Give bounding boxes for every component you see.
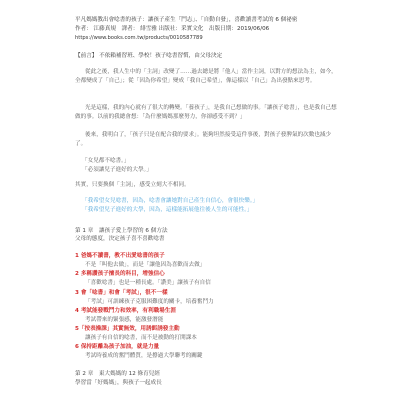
- book-title: 平凡媽媽教出會唸書的孩子：讓孩子產生「鬥志」、「自動自發」，喜歡讀書考試的 6 …: [75, 17, 297, 24]
- chapter-1-item-1-desc: 不是「叫他去做」，而是「讓他因為喜歡而去做」: [85, 262, 205, 269]
- preface-paragraph-4: 其實，只要換個「主詞」，感受立刻大不相同。: [75, 182, 190, 189]
- chapter-2-title: 第 2 章 東大媽媽的 12 條育兒經: [75, 371, 160, 378]
- chapter-1-item-4-desc: 考試帶來的緊張感，能激發潛能: [85, 317, 163, 324]
- chapter-1-item-3-head: 3 會「唸書」和會「考試」，很不一樣: [75, 290, 168, 297]
- chapter-1-item-2-desc: 「喜歡唸書」也是一種長處。「讚美」讓孩子有自信: [85, 280, 211, 287]
- chapter-2-subtitle: 學習當「好媽媽」，與孩子一起成長: [75, 380, 162, 387]
- book-url-link[interactable]: https://www.books.com.tw/products/001058…: [75, 35, 203, 42]
- blue-quote-1: 「我希望女兒唸書，因為，唸書會讓她對自己產生自信心，會很快樂。」: [82, 198, 258, 205]
- chapter-1-subtitle: 父母的態度，決定孩子喜不喜歡唸書: [75, 236, 165, 243]
- quote-1: 「女兒都不唸書。」: [82, 158, 130, 165]
- chapter-1-item-5-desc: 讓孩子有自信的唸書，而不是被動的打開課本: [85, 335, 197, 342]
- preface-paragraph-1: 從此之後，我人生中的「主詞」改變了……過去總是將「他人」當作主詞，以對方的想法為…: [75, 68, 337, 85]
- book-meta: 作者： 江藤真規 譯者： 緋雪雅 出版社：采實文化 出版日期：2019/06/0…: [75, 26, 269, 33]
- preface-paragraph-2: 光是這樣，我的內心就有了很大的轉變。「養孩子」，是我自己想做的事。「讓孩子唸書」…: [75, 104, 337, 121]
- chapter-1-item-2-head: 2 多稱讚孩子擅長的科目，增強信心: [75, 271, 165, 278]
- chapter-1-item-1-head: 1 爸媽不讀書，教不出愛唸書的孩子: [75, 253, 165, 260]
- chapter-1-item-4-head: 4 考試能發戰鬥力和效率，有利職場生涯: [75, 308, 176, 315]
- chapter-1-item-5-head: 5「按表操課」其實無效，用誘餌誘發主動: [75, 326, 180, 333]
- chapter-1-item-3-desc: 「考試」可訓練孩子克服困難度的關卡，培養奮鬥力: [85, 299, 214, 306]
- blue-quote-2: 「我希望兒子進好的大學，因為，這樣能拓展他往後人生的可能性。」: [82, 207, 253, 214]
- chapter-1-item-6-head: 6 保持距離為孩子加油，就是力量: [75, 344, 159, 351]
- document-page: 平凡媽媽教出會唸書的孩子：讓孩子產生「鬥志」、「自動自發」，喜歡讀書考試的 6 …: [0, 0, 410, 410]
- preface-paragraph-3: 後來，我明白了，「孩子只是在配合我的要求」。能夠坦然接受這件事後，對孩子發脾氣的…: [75, 131, 337, 148]
- chapter-1-item-6-desc: 考試時養成的奮鬥體質，是撐過大學聯考的關鍵: [85, 353, 202, 360]
- chapter-1-title: 第 1 章 讓孩子愛上學習的 6 個方法: [75, 228, 168, 235]
- quote-2: 「必須讓兒子進好的大學。」: [82, 167, 152, 174]
- preface-heading: 【前言】 不依賴補習班、學校！孩子唸書習慣，由父母決定: [75, 53, 222, 60]
